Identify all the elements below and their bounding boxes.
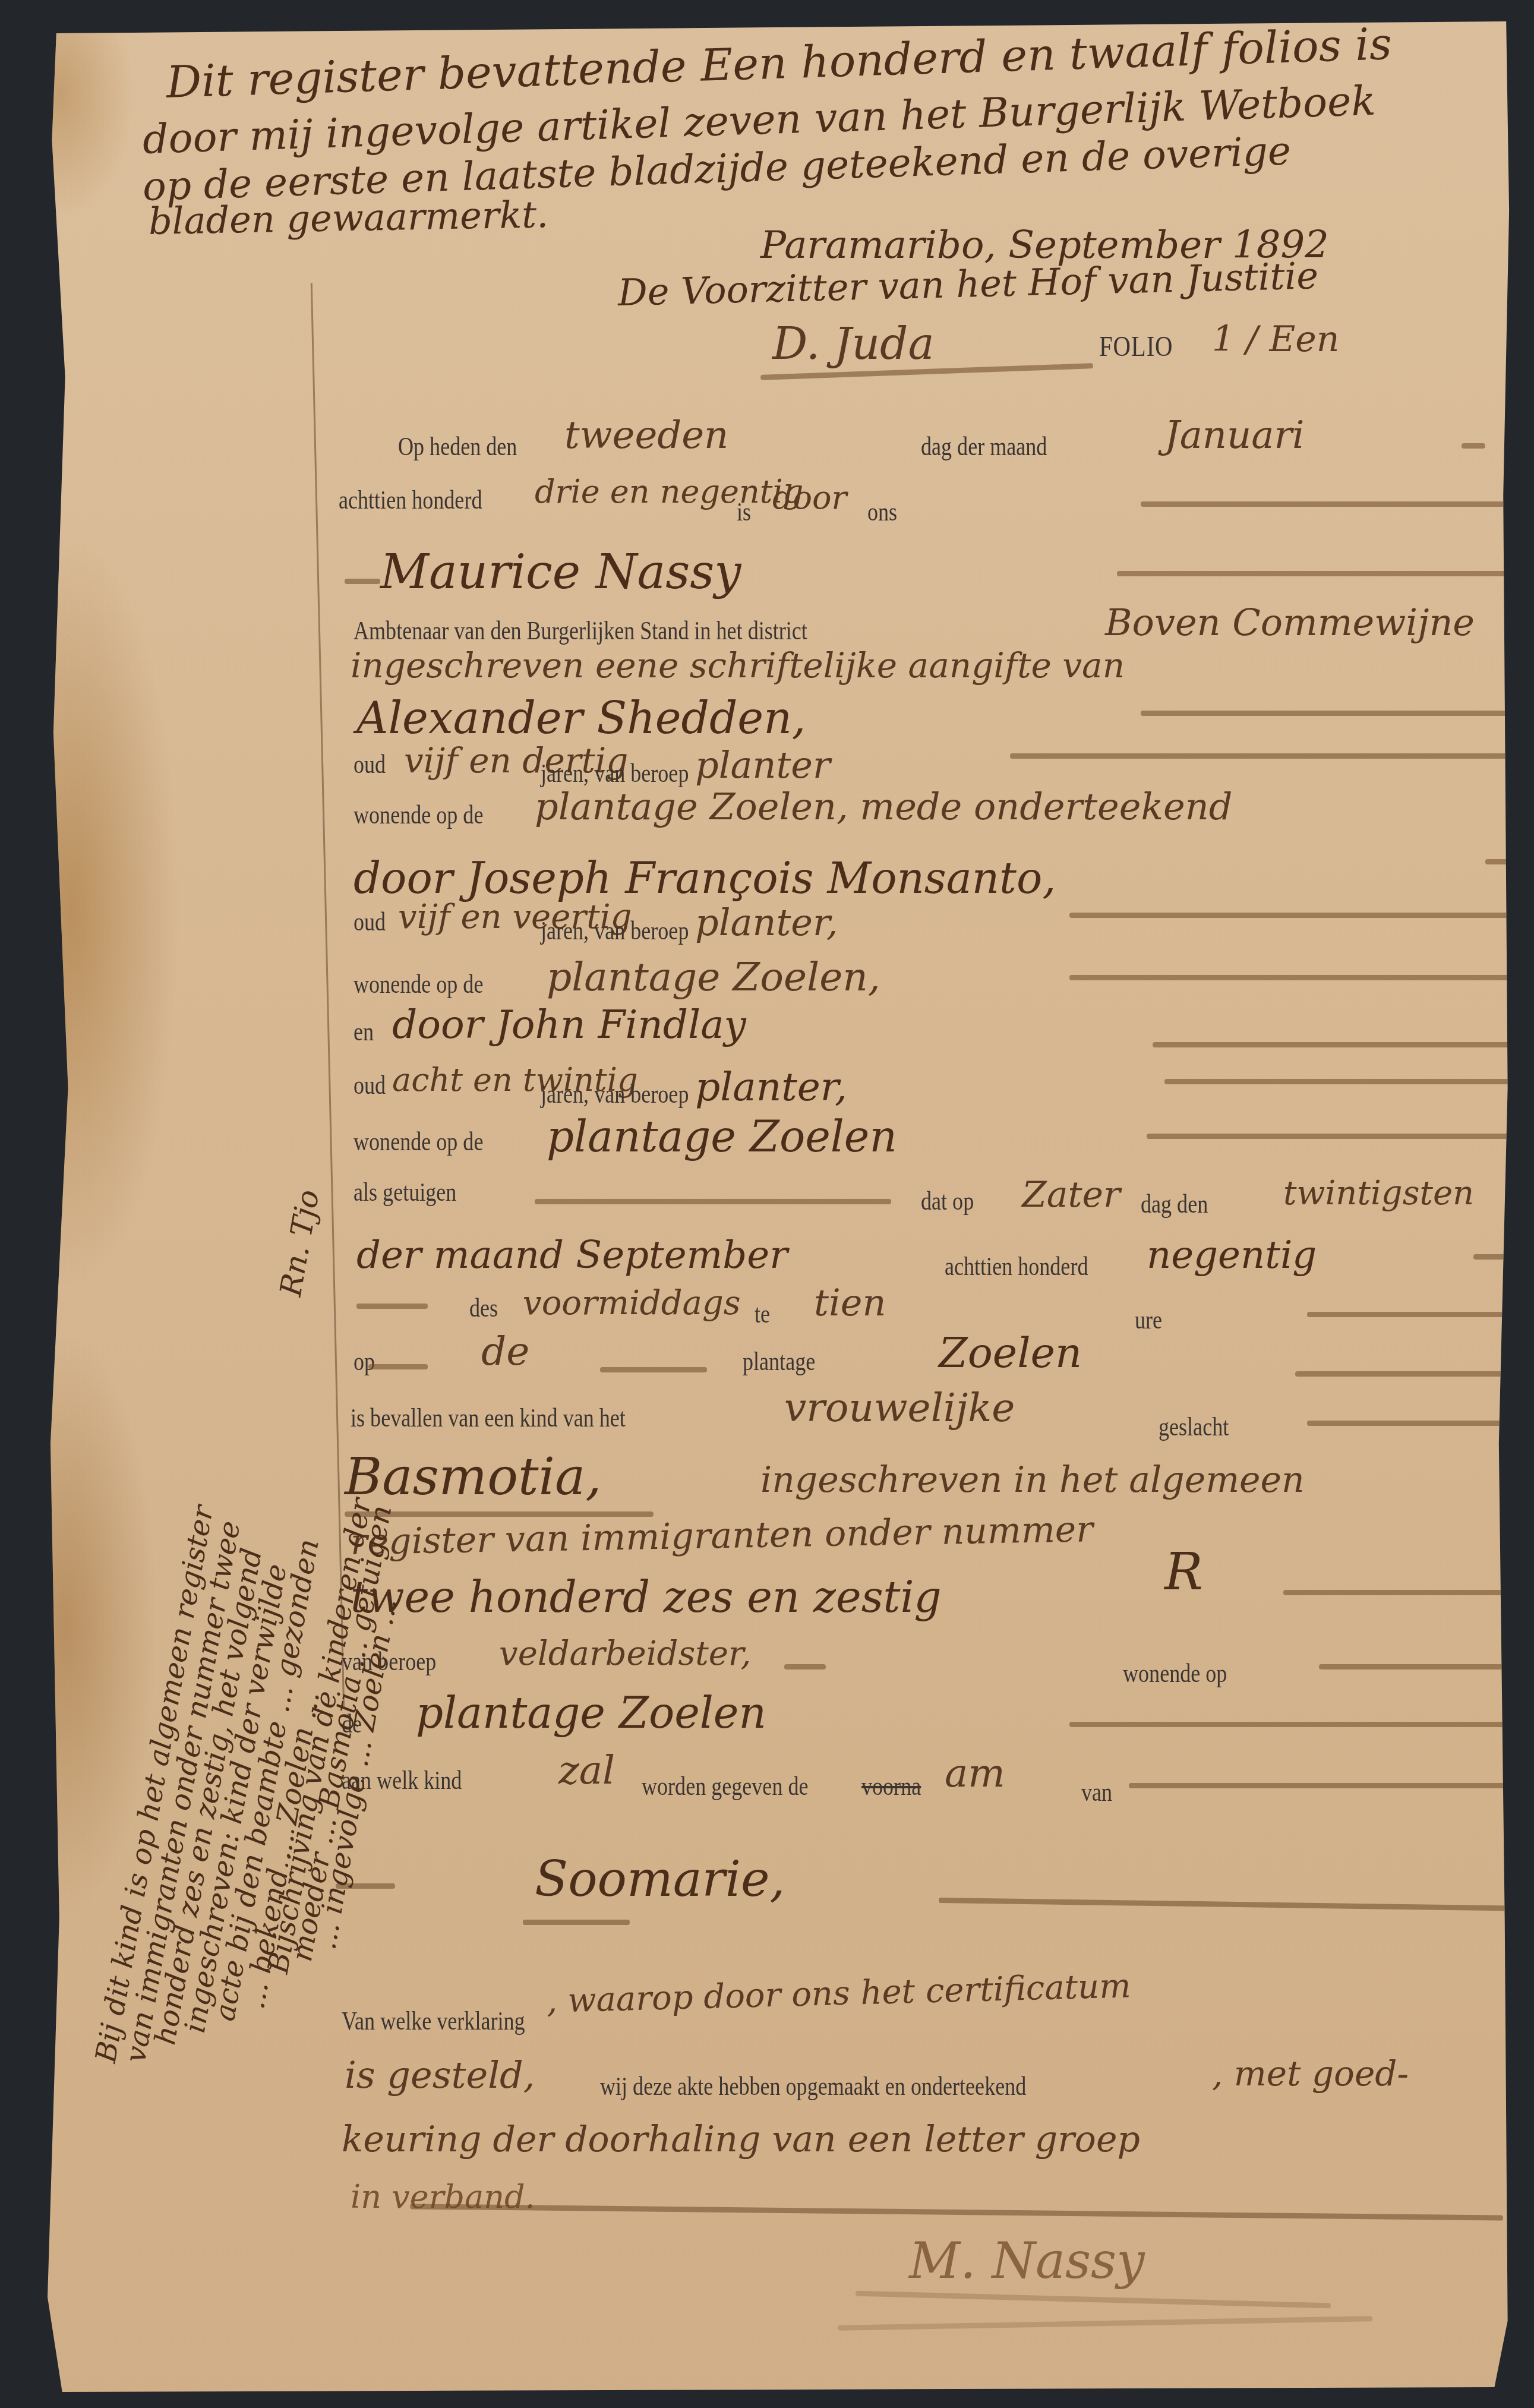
birth-weekday-field: Zater [1022,1174,1120,1216]
witness-2-occupation-field: planter, [695,1064,847,1110]
witness-1-occupation-field: planter, [695,901,838,944]
printed-is: is [737,497,751,527]
witness-1-name-field: door Joseph François Monsanto, [353,853,1056,903]
rule [1069,975,1534,980]
immigrant-number-field: twee honderd zes en zestig [351,1572,942,1622]
margin-annotation: Bij dit kind is op het algemeen register… [65,247,315,2089]
rule [1485,859,1534,864]
printed-van: van [1081,1777,1112,1807]
printed-te: te [755,1299,770,1329]
rule [600,1367,707,1372]
president-signature: D. Juda [772,318,935,370]
zal-field: zal [558,1747,615,1793]
birth-plantation-field: Zoelen [939,1328,1082,1377]
certificate-remark-text: , waarop door ons het certificatum [546,1967,1131,2021]
printed-des: des [469,1293,498,1323]
mother-residence-field: plantage Zoelen [416,1688,766,1738]
rule [784,1664,826,1669]
declaration-text: ingeschreven eene schriftelijke aangifte… [351,645,1125,686]
official-title: De Voorzitter van het Hof van Justitie [617,254,1319,314]
printed-oud: oud [353,907,386,937]
printed-geslacht: geslacht [1159,1412,1229,1442]
mother-occupation-field: veldarbeidster, [499,1634,751,1673]
day-field: tweeden [564,414,728,457]
register-page: Dit register bevattende Een honderd en t… [48,21,1515,2392]
month-field: Januari [1164,414,1304,457]
approval-text: , met goed- [1212,2053,1409,2094]
year-field: drie en negentig [535,473,803,510]
rule [1307,1312,1534,1317]
birth-month-field: der maand September [356,1233,788,1277]
printed-wij-deze-akte: wij deze akte hebben opgemaakt en ondert… [600,2071,1026,2101]
printed-oud: oud [353,1070,386,1100]
rule [368,1364,428,1369]
declarant-residence-field: plantage Zoelen, mede onderteekend [535,785,1232,828]
printed-wonende-op-de: wonende op de [353,1126,483,1157]
rule [356,1304,428,1309]
rule [535,1199,891,1204]
rule [1129,1783,1533,1788]
rule [1295,1371,1534,1377]
printed-op: op [353,1346,375,1377]
rule [1117,571,1534,576]
printed-dag-den: dag den [1141,1189,1208,1219]
printed-op-heden-den: Op heden den [398,431,517,462]
birth-date-field: twintigsten [1283,1174,1474,1213]
printed-wonende-op-de: wonende op de [353,969,483,999]
printed-ambtenaar: Ambtenaar van den Burgerlijken Stand in … [353,616,807,646]
printed-en: en [353,1017,374,1047]
district-field: Boven Commewijne [1105,601,1475,644]
printed-dat-op: dat op [921,1186,974,1216]
declarant-occupation-field: planter [695,743,831,787]
am-correction: am [945,1750,1005,1796]
sex-field: vrouwelijke [784,1385,1015,1431]
signature-flourish [856,2291,1331,2309]
rule [1307,1421,1534,1426]
rule [1164,1079,1534,1084]
rule [1141,501,1534,507]
signature-flourish [838,2316,1372,2331]
printed-jaren-van-beroep: jaren, van beroep [541,1079,689,1109]
rule [939,1898,1533,1911]
printed-wonende-op-de: wonende op de [353,800,483,830]
rule [1153,1042,1534,1047]
witness-1-residence-field: plantage Zoelen, [547,954,880,1000]
printed-jaren-van-beroep: jaren, van beroep [541,916,689,946]
printed-worden-gegeven-de: worden gegeven de [642,1771,809,1801]
rule [523,1920,630,1925]
witness-2-residence-field: plantage Zoelen [547,1112,897,1162]
printed-als-getuigen: als getuigen [353,1177,456,1207]
printed-plantage: plantage [743,1346,815,1377]
rule [345,579,380,584]
correction-approval-text: keuring der doorhaling van een letter gr… [342,2119,1140,2160]
printed-wonende-op: wonende op [1123,1658,1227,1689]
rule [410,2204,1503,2220]
printed-oud: oud [353,749,386,779]
hour-field: tien [814,1281,886,1324]
mother-name-field: Basmotia, [345,1447,602,1507]
printed-achttien-honderd: achttien honderd [339,485,482,515]
rule [1069,1722,1533,1727]
rule [1473,1254,1534,1260]
immigrant-register-mark: R [1164,1542,1203,1602]
rule [1462,443,1485,449]
folio-number: 1 / Een [1212,318,1339,360]
birth-place-article: de [481,1328,529,1374]
rule [1147,1134,1534,1139]
witness-2-name-field: door John Findlay [392,1002,746,1047]
rule [1010,753,1534,759]
printed-dag-der-maand: dag der maand [921,431,1047,462]
printed-voorna-struck: voorna [861,1771,921,1801]
official-name-field: Maurice Nassy [380,544,741,599]
declarant-name-field: Alexander Shedden, [356,693,806,744]
printed-is-bevallen: is bevallen van een kind van het [351,1403,626,1433]
printed-jaren-van-beroep: jaren, van beroep [541,758,689,788]
printed-ure: ure [1135,1305,1162,1335]
printed-ons: ons [867,497,897,527]
rule [1283,1590,1534,1595]
birth-year-field: negentig [1147,1233,1317,1277]
child-name-field: Soomarie, [535,1851,785,1908]
registrar-signature: M. Nassy [909,2232,1145,2290]
rule [1319,1664,1534,1669]
header-note-line-4: bladen gewaarmerkt. [148,192,548,243]
rule [1069,913,1534,918]
printed-achttien-honderd: achttien honderd [945,1251,1088,1282]
rule [1141,711,1534,716]
door-field: door [772,479,847,516]
gesteld-text: is gesteld, [345,2053,535,2097]
printed-van-welke-verklaring: Van welke verklaring [342,2006,525,2036]
mother-registration-text: ingeschreven in het algemeen [760,1459,1305,1501]
time-of-day-field: voormiddags [523,1284,741,1323]
folio-label: FOLIO [1099,330,1173,363]
